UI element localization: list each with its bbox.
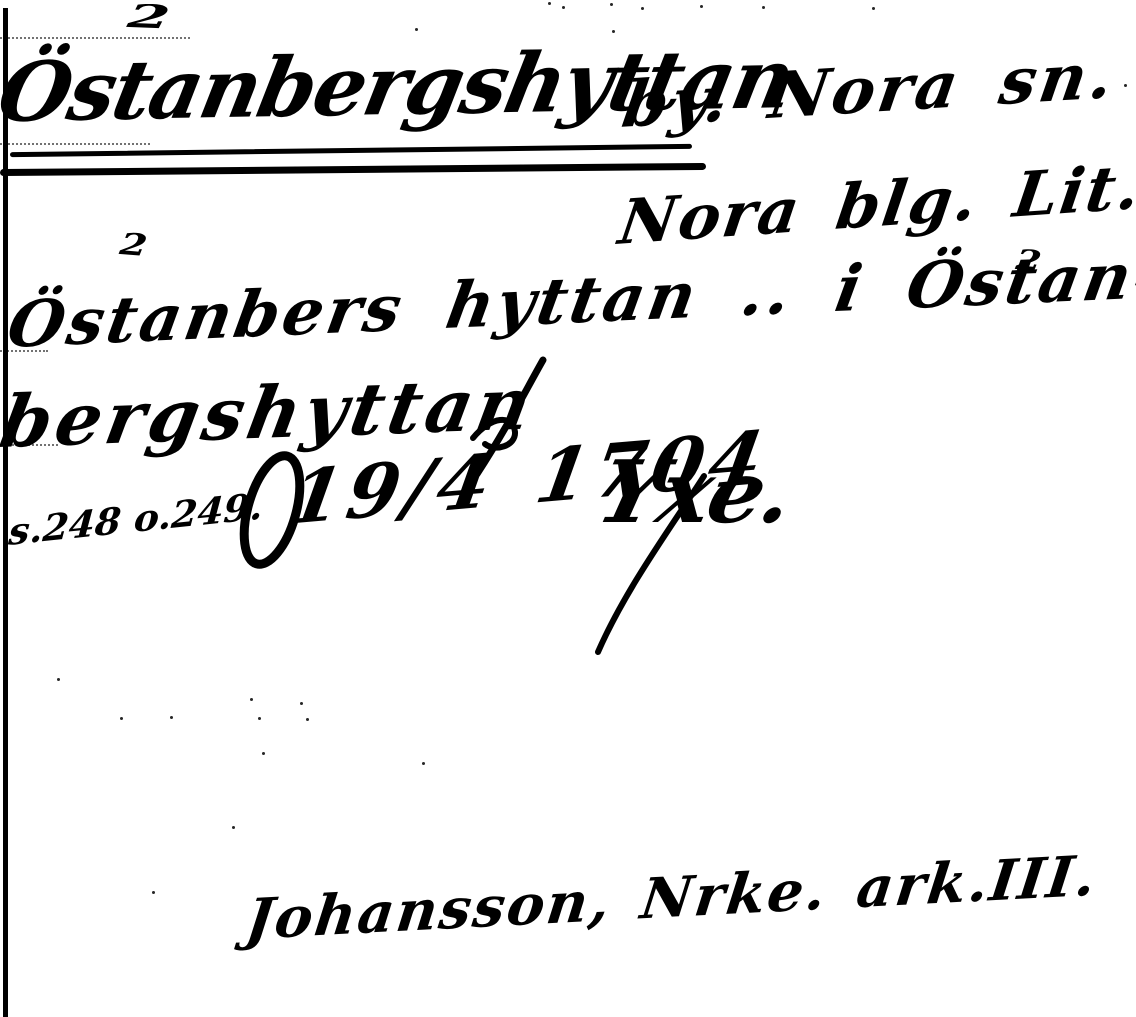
scan-noise-dot [415,28,418,31]
page-left-edge-line [3,8,8,1017]
scanned-archive-card: 2 Östanbergshyttan by. Nora sn. Nora blg… [0,0,1136,1017]
scan-noise-dot [610,3,613,6]
scan-noise-dot [232,826,235,829]
scan-noise-dot [422,762,425,765]
scan-noise-dot [641,7,644,10]
scan-noise-dot [562,6,565,9]
scan-noise-dot [1124,84,1127,87]
variant-spelling-line-1: Östanbers hyttan .. i Östan- [3,244,1136,358]
headword-underline-bottom [0,163,706,176]
ink-flourish-swash [592,470,712,660]
headword-underline-top [10,144,692,157]
scan-noise-dot [762,6,765,9]
source-citation: Johansson, Nrke. ark.III. [243,848,1101,948]
scan-noise-dot [152,891,155,894]
scan-noise-dot [700,5,703,8]
scan-noise-dot [306,718,309,721]
scan-noise-dot [170,716,173,719]
scan-noise-dot [262,752,265,755]
umlaut-mark: 2 [118,230,149,262]
scan-noise-dot [530,50,533,53]
scan-noise-dot [120,717,123,720]
ruled-line [0,37,190,39]
scan-noise-dot [300,702,303,705]
umlaut-mark: 2 [126,0,172,33]
scan-noise-dot [548,2,551,5]
district-note: Nora blg. Lit. [615,156,1136,254]
scan-noise-dot [872,7,875,10]
scan-noise-dot [612,30,615,33]
scan-noise-dot [250,698,253,701]
scan-noise-dot [57,678,60,681]
ruled-line [0,143,150,145]
page-reference: s.248 o.249. [7,488,264,551]
scan-noise-dot [258,717,261,720]
